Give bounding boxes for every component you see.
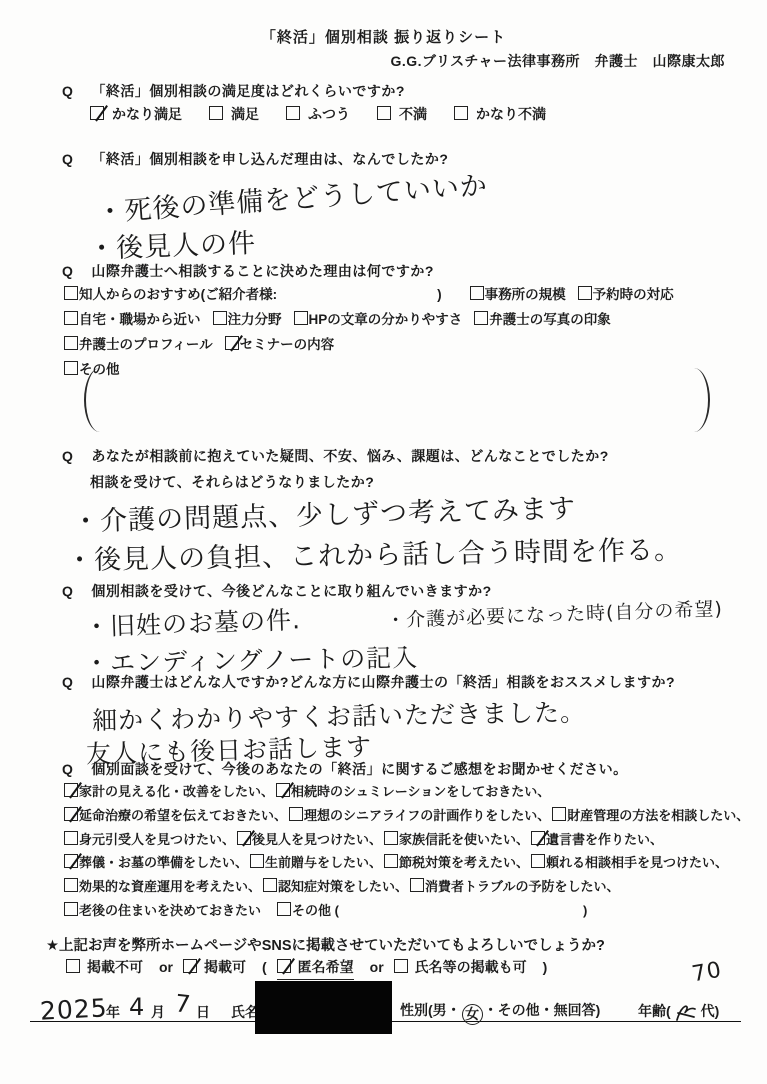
checkbox-label: かなり不満 — [476, 106, 546, 122]
checkbox-option[interactable]: 財産管理の方法を相談したい、 — [552, 804, 749, 828]
question-5: Q個別相談を受けて、今後どんなことに取り組んでいきますか? — [62, 581, 492, 601]
checkbox-label: 消費者トラブルの予防をしたい、 — [425, 879, 619, 894]
checkbox-icon[interactable] — [64, 878, 78, 892]
checkbox-option[interactable]: 葬儀・お墓の準備をしたい、 — [64, 851, 248, 875]
handwritten-age: 70 — [690, 958, 724, 988]
checkbox-label: 延命治療の希望を伝えておきたい、 — [79, 808, 287, 823]
checkbox-row: 身元引受人を見つけたい、後見人を見つけたい、家族信託を使いたい、遺言書を作りたい… — [64, 828, 751, 852]
month-label: 月 — [151, 1002, 165, 1022]
checkbox-icon[interactable] — [286, 106, 300, 120]
checkbox-label: 満足 — [231, 106, 259, 122]
checkbox-row: 効果的な資産運用を考えたい、認知症対策をしたい、消費者トラブルの予防をしたい、 — [64, 875, 751, 899]
redacted-name-box — [255, 981, 392, 1034]
q-marker: Q — [62, 83, 73, 99]
checkbox-label: ふつう — [308, 106, 350, 122]
checkbox-label: 家族信託を使いたい、 — [399, 832, 529, 847]
question-3-text: 山際弁護士へ相談することに決めた理由は何ですか? — [91, 263, 434, 279]
static-text: ) — [543, 959, 548, 975]
checkbox-option[interactable]: 事務所の規模 — [470, 282, 566, 307]
checkbox-option[interactable]: 後見人を見つけたい、 — [237, 828, 382, 852]
form-title: 「終活」個別相談 振り返りシート — [0, 26, 767, 47]
checkbox-icon[interactable] — [66, 959, 80, 973]
checkbox-label: 弁護士のプロフィール — [79, 337, 213, 352]
checkbox-label: 掲載可 — [204, 959, 246, 975]
gender-suffix: ・その他・無回答) — [484, 1002, 601, 1018]
checkbox-checked-icon[interactable] — [225, 336, 239, 350]
checkbox-row: 延命治療の希望を伝えておきたい、理想のシニアライフの計画作りをしたい、財産管理の… — [64, 804, 751, 828]
checkbox-icon[interactable] — [578, 286, 592, 300]
checkbox-option[interactable]: 注力分野 — [213, 307, 282, 332]
checkbox-option[interactable]: 家計の見える化・改善をしたい、 — [64, 780, 274, 804]
checkbox-label: セミナーの内容 — [240, 337, 335, 352]
q-marker: Q — [62, 448, 73, 464]
age-field: 年齢(代) — [638, 1000, 719, 1027]
checkbox-icon[interactable] — [263, 878, 277, 892]
checkbox-row: 知人からのおすすめ(ご紹介者様:)事務所の規模予約時の対応 — [64, 282, 686, 307]
question-5-text: 個別相談を受けて、今後どんなことに取り組んでいきますか? — [91, 583, 491, 599]
spacer — [263, 914, 277, 915]
checkbox-option[interactable]: 予約時の対応 — [578, 282, 674, 307]
question-7: Q個別面談を受けて、今後のあなたの「終活」に関するご感想をお聞かせください。 — [62, 759, 628, 779]
checkbox-row: 老後の住まいを決めておきたいその他 () — [64, 899, 751, 923]
question-7-text: 個別面談を受けて、今後のあなたの「終活」に関するご感想をお聞かせください。 — [91, 761, 627, 777]
day-label: 日 — [196, 1002, 210, 1022]
other-answer-paren-right — [692, 368, 710, 432]
checkbox-icon[interactable] — [394, 959, 408, 973]
checkbox-option[interactable]: 弁護士のプロフィール — [64, 332, 213, 357]
q-marker: Q — [62, 761, 73, 777]
checkbox-option[interactable]: 家族信託を使いたい、 — [384, 828, 529, 852]
handwritten-answer: ・後見人の件 — [87, 221, 256, 266]
checkbox-option[interactable]: かなり満足 — [90, 104, 182, 124]
question-2: Q「終活」個別相談を申し込んだ理由は、なんでしたか? — [62, 149, 448, 169]
checkbox-icon[interactable] — [377, 106, 391, 120]
checkbox-label: 老後の住まいを決めておきたい — [79, 903, 261, 918]
checkbox-option[interactable]: 自宅・職場から近い — [64, 307, 201, 332]
checkbox-icon[interactable] — [64, 902, 78, 916]
checkbox-label: 予約時の対応 — [593, 287, 674, 302]
office-and-lawyer-name: G.G.ブリスチャー法律事務所 弁護士 山際康太郎 — [390, 51, 725, 71]
checkbox-checked-icon[interactable] — [64, 854, 78, 868]
checkbox-label: 身元引受人を見つけたい、 — [79, 832, 235, 847]
checkbox-label: HPの文章の分かりやすさ — [309, 312, 463, 327]
gender-circled-female: 女 — [462, 1004, 483, 1025]
checkbox-label: 相続時のシュミレーションをしておきたい、 — [291, 784, 550, 799]
checkbox-icon[interactable] — [64, 831, 78, 845]
publication-consent-question: ★上記お声を弊所ホームページやSNSに掲載させていただいてもよろしいでしょうか? — [46, 934, 605, 955]
survey-sheet: 「終活」個別相談 振り返りシート G.G.ブリスチャー法律事務所 弁護士 山際康… — [0, 0, 767, 1084]
checkbox-option[interactable]: 匿名希望 — [277, 957, 354, 980]
checkbox-checked-icon[interactable] — [276, 783, 290, 797]
checkbox-row: 家計の見える化・改善をしたい、相続時のシュミレーションをしておきたい、 — [64, 780, 751, 804]
question-6-text: 山際弁護士はどんな人ですか?どんな方に山際弁護士の「終活」相談をおススメしますか… — [91, 674, 675, 690]
checkbox-checked-icon[interactable] — [277, 959, 291, 973]
checkbox-checked-icon[interactable] — [90, 106, 104, 120]
checkbox-label: 家計の見える化・改善をしたい、 — [79, 784, 274, 799]
checkbox-icon[interactable] — [454, 106, 468, 120]
checkbox-option[interactable]: 生前贈与をしたい、 — [250, 851, 382, 875]
question-2-text: 「終活」個別相談を申し込んだ理由は、なんでしたか? — [91, 151, 448, 167]
checkbox-checked-icon[interactable] — [237, 831, 251, 845]
checkbox-option[interactable]: ふつう — [286, 104, 350, 124]
checkbox-icon[interactable] — [384, 831, 398, 845]
checkbox-checked-icon[interactable] — [64, 783, 78, 797]
checkbox-icon[interactable] — [64, 336, 78, 350]
checkbox-option[interactable]: 消費者トラブルの予防をしたい、 — [410, 875, 619, 899]
checkbox-checked-icon[interactable] — [183, 959, 197, 973]
q1-satisfaction-options: かなり満足満足ふつう不満かなり不満 — [90, 104, 573, 124]
static-text: ) — [583, 899, 587, 923]
q7-goal-options: 家計の見える化・改善をしたい、相続時のシュミレーションをしておきたい、延命治療の… — [64, 780, 751, 923]
q-marker: Q — [62, 583, 73, 599]
checkbox-label: 後見人を見つけたい、 — [252, 832, 382, 847]
checkbox-option[interactable]: 節税対策を考えたい、 — [384, 851, 529, 875]
spacer — [289, 298, 437, 299]
q-marker: Q — [62, 263, 73, 279]
checkbox-icon[interactable] — [410, 878, 424, 892]
checkbox-option[interactable]: HPの文章の分かりやすさ — [294, 307, 463, 332]
checkbox-label: 匿名希望 — [298, 959, 354, 975]
checkbox-label: 葬儀・お墓の準備をしたい、 — [79, 855, 248, 870]
checkbox-option[interactable]: 掲載不可 — [66, 957, 143, 977]
checkbox-icon[interactable] — [474, 311, 488, 325]
year-label: 年 — [106, 1002, 120, 1022]
checkbox-label: 効果的な資産運用を考えたい、 — [79, 879, 261, 894]
checkbox-row: 葬儀・お墓の準備をしたい、生前贈与をしたい、節税対策を考えたい、頼れる相談相手を… — [64, 851, 751, 875]
checkbox-option[interactable]: 老後の住まいを決めておきたい — [64, 899, 261, 923]
checkbox-option[interactable]: 氏名等の掲載も可 — [394, 957, 527, 977]
q-marker: Q — [62, 151, 73, 167]
checkbox-option[interactable]: 身元引受人を見つけたい、 — [64, 828, 235, 852]
checkbox-label: 生前贈与をしたい、 — [265, 855, 382, 870]
checkbox-label: 自宅・職場から近い — [79, 312, 201, 327]
checkbox-icon[interactable] — [294, 311, 308, 325]
checkbox-checked-icon[interactable] — [64, 807, 78, 821]
checkbox-row: かなり満足満足ふつう不満かなり不満 — [90, 104, 573, 124]
checkbox-label: 遺言書を作りたい、 — [546, 832, 663, 847]
question-3: Q山際弁護士へ相談することに決めた理由は何ですか? — [62, 261, 434, 281]
question-4-text: あなたが相談前に抱えていた疑問、不安、悩み、課題は、どんなことでしたか? — [91, 448, 608, 464]
checkbox-label: 事務所の規模 — [485, 287, 566, 302]
checkbox-option[interactable]: 満足 — [209, 104, 259, 124]
checkbox-icon[interactable] — [64, 361, 78, 375]
checkbox-option[interactable]: かなり不満 — [454, 104, 546, 124]
checkbox-label: 財産管理の方法を相談したい、 — [567, 808, 749, 823]
spacer — [341, 914, 583, 915]
checkbox-row: その他 — [64, 357, 686, 382]
checkbox-label: 節税対策を考えたい、 — [399, 855, 529, 870]
checkbox-row: 掲載不可or掲載可(匿名希望or氏名等の掲載も可) — [66, 957, 557, 980]
checkbox-option[interactable]: 相続時のシュミレーションをしておきたい、 — [276, 780, 550, 804]
q3-reason-options: 知人からのおすすめ(ご紹介者様:)事務所の規模予約時の対応自宅・職場から近い注力… — [64, 282, 686, 382]
handwritten-answer: ・死後の準備をどうしていいか — [95, 163, 489, 229]
handwritten-month: 4 — [129, 993, 145, 1021]
question-6: Q山際弁護士はどんな人ですか?どんな方に山際弁護士の「終活」相談をおススメします… — [62, 672, 675, 692]
checkbox-option[interactable]: 不満 — [377, 104, 427, 124]
checkbox-row: 自宅・職場から近い注力分野HPの文章の分かりやすさ弁護士の写真の印象 — [64, 307, 686, 332]
checkbox-option[interactable]: 知人からのおすすめ(ご紹介者様: — [64, 282, 277, 307]
checkbox-label: かなり満足 — [112, 106, 182, 122]
publication-options: 掲載不可or掲載可(匿名希望or氏名等の掲載も可) — [66, 957, 557, 980]
checkbox-row: 弁護士のプロフィールセミナーの内容 — [64, 332, 686, 357]
checkbox-label: 不満 — [399, 106, 427, 122]
question-1-text: 「終活」個別相談の満足度はどれくらいですか? — [91, 83, 405, 99]
static-text: ( — [262, 959, 267, 975]
checkbox-label: 氏名等の掲載も可 — [415, 959, 527, 975]
checkbox-label: 掲載不可 — [87, 959, 143, 975]
checkbox-option[interactable]: 理想のシニアライフの計画作りをしたい、 — [289, 804, 550, 828]
checkbox-label: 認知症対策をしたい、 — [278, 879, 408, 894]
checkbox-label: 頼れる相談相手を見つけたい、 — [546, 855, 728, 870]
question-1: Q「終活」個別相談の満足度はどれくらいですか? — [62, 81, 405, 101]
checkbox-option[interactable]: セミナーの内容 — [225, 332, 335, 357]
checkbox-icon[interactable] — [209, 106, 223, 120]
checkbox-option[interactable]: 延命治療の希望を伝えておきたい、 — [64, 804, 287, 828]
handwritten-day: 7 — [174, 989, 193, 1019]
checkbox-icon[interactable] — [213, 311, 227, 325]
checkbox-icon[interactable] — [289, 807, 303, 821]
checkbox-label: 知人からのおすすめ(ご紹介者様: — [79, 287, 277, 302]
checkbox-icon[interactable] — [470, 286, 484, 300]
checkbox-option[interactable]: 頼れる相談相手を見つけたい、 — [531, 851, 728, 875]
checkbox-label: 弁護士の写真の印象 — [489, 312, 611, 327]
question-4: Qあなたが相談前に抱えていた疑問、不安、悩み、課題は、どんなことでしたか? — [62, 446, 609, 466]
handwritten-answer: ・旧姓のお墓の件. — [83, 600, 301, 644]
handwritten-year: 2025 — [39, 993, 108, 1025]
checkbox-label: 理想のシニアライフの計画作りをしたい、 — [304, 808, 550, 823]
checkbox-option[interactable]: 認知症対策をしたい、 — [263, 875, 408, 899]
checkbox-icon[interactable] — [64, 286, 78, 300]
checkbox-checked-icon[interactable] — [531, 831, 545, 845]
checkbox-icon[interactable] — [64, 311, 78, 325]
checkbox-icon[interactable] — [531, 854, 545, 868]
static-text: ) — [437, 282, 442, 307]
checkbox-icon[interactable] — [552, 807, 566, 821]
age-suffix: 代) — [701, 1003, 720, 1019]
age-correction-scribble — [673, 1000, 699, 1027]
checkbox-option[interactable]: 弁護士の写真の印象 — [474, 307, 611, 332]
q-marker: Q — [62, 674, 73, 690]
age-label: 年齢( — [638, 1003, 671, 1019]
static-text: or — [159, 959, 173, 975]
checkbox-option[interactable]: 効果的な資産運用を考えたい、 — [64, 875, 261, 899]
checkbox-icon[interactable] — [250, 854, 264, 868]
checkbox-option[interactable]: 掲載可 — [183, 957, 246, 977]
checkbox-icon[interactable] — [277, 902, 291, 916]
gender-prefix: 性別(男・ — [400, 1002, 461, 1018]
checkbox-label: その他 ( — [292, 903, 339, 918]
checkbox-label: 注力分野 — [228, 312, 282, 327]
question-4-subtext: 相談を受けて、それらはどうなりましたか? — [90, 472, 374, 492]
checkbox-option[interactable]: 遺言書を作りたい、 — [531, 828, 663, 852]
spacer — [442, 298, 470, 299]
checkbox-option[interactable]: その他 ( — [277, 899, 339, 923]
checkbox-icon[interactable] — [384, 854, 398, 868]
static-text: or — [370, 959, 384, 975]
gender-field: 性別(男・女・その他・無回答) — [400, 1000, 600, 1025]
